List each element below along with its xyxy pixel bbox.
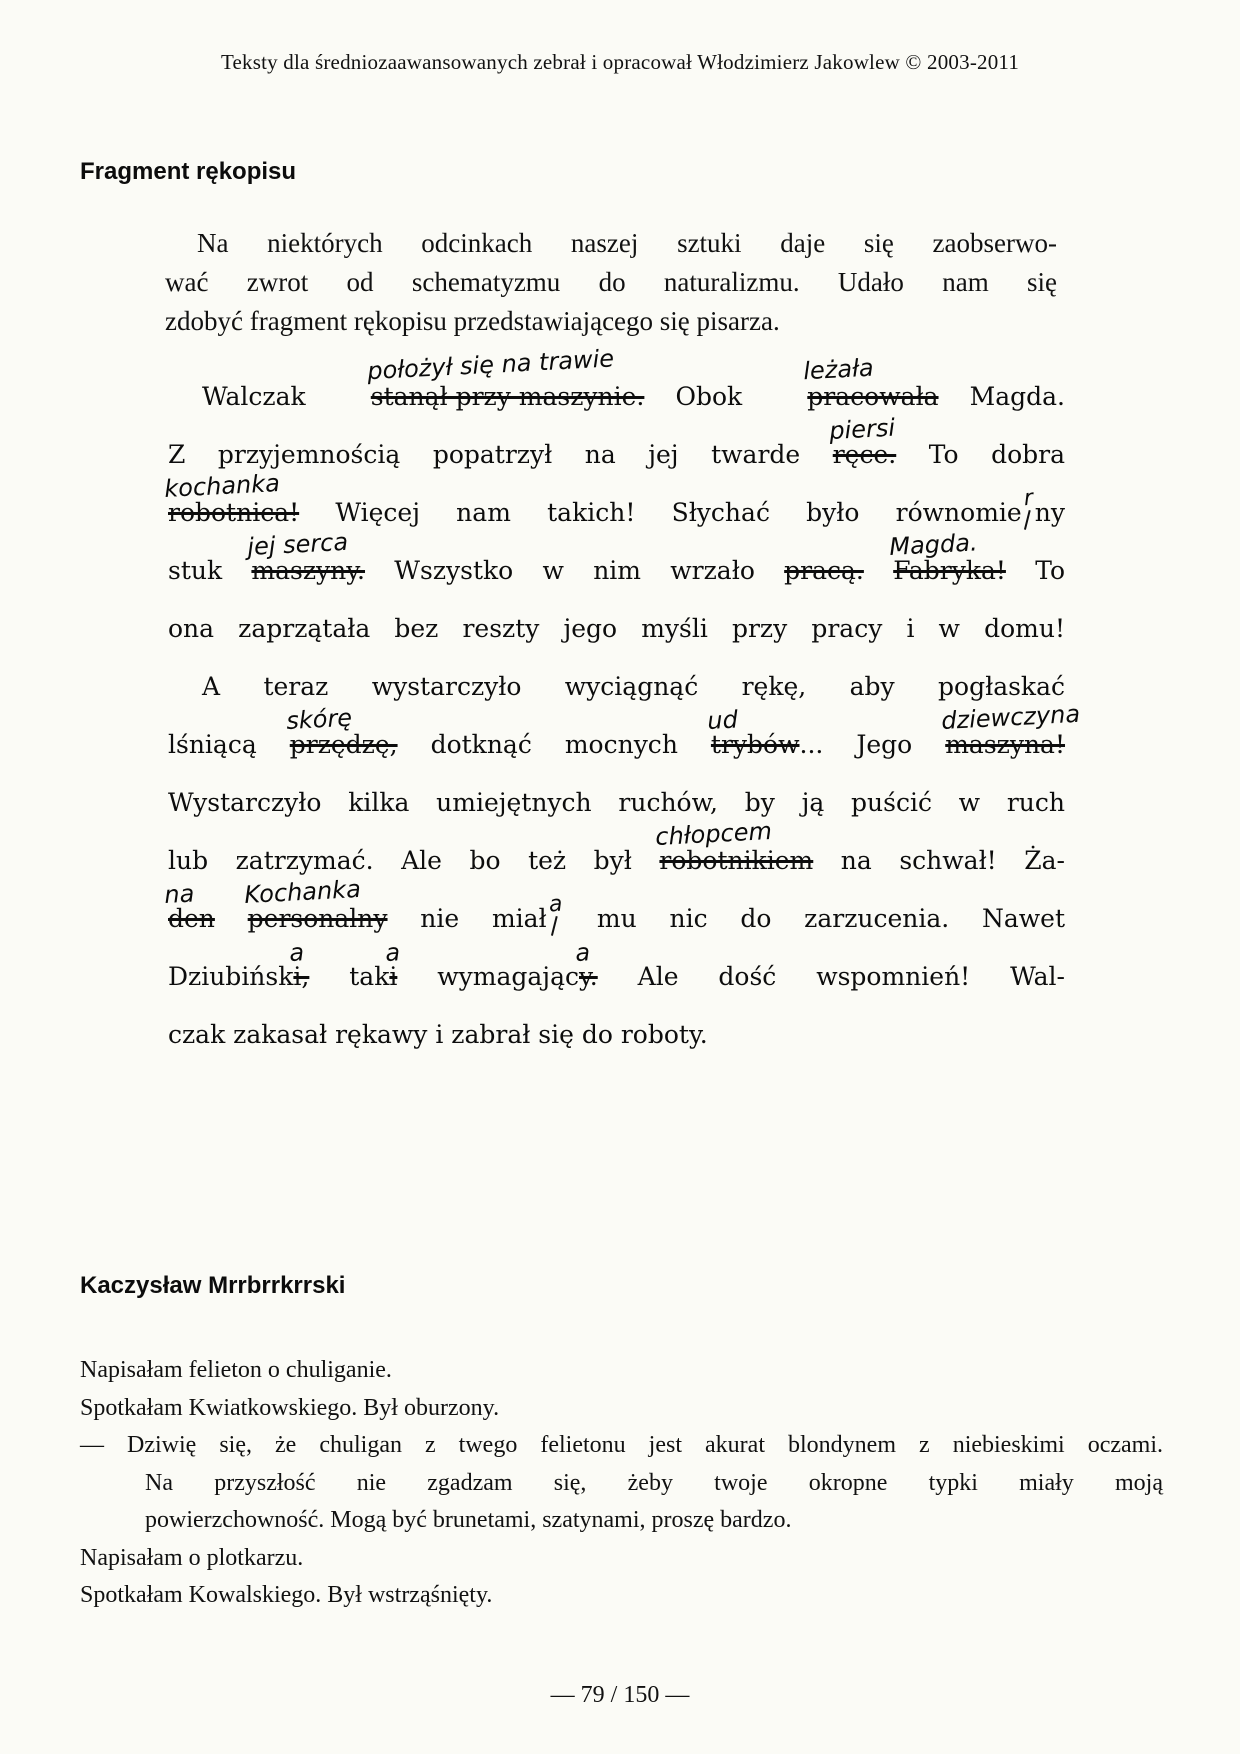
handwritten-insertion: a xyxy=(548,894,563,917)
text-line: — Dziwię się, że chuligan z twego feliet… xyxy=(80,1427,1163,1465)
printed-text: nie miał xyxy=(388,904,547,933)
handwritten-annotation: jej serca xyxy=(247,530,349,559)
printed-text: To xyxy=(1006,556,1065,585)
printed-text: lub zatrzymać. Ale bo też był xyxy=(168,846,659,875)
section-title-author: Kaczysław Mrrbrrkrrski xyxy=(80,1272,345,1300)
document-page: Teksty dla średniozaawansowanych zebrał … xyxy=(0,0,1240,1754)
struck-text: maszyna!dziewczyna xyxy=(945,731,1065,760)
struck-text: pracą. xyxy=(784,557,864,586)
struck-text: trybówud xyxy=(711,731,800,760)
manuscript-line: stuk maszyny.jej serca Wszystko w nim wr… xyxy=(168,542,1065,600)
struck-text: maszyny.jej serca xyxy=(251,557,365,586)
manuscript: Walczak stanął przy maszynie.położył się… xyxy=(168,368,1065,1064)
struck-text: Fabryka!Magda. xyxy=(893,557,1006,586)
running-header: Teksty dla średniozaawansowanych zebrał … xyxy=(0,50,1240,75)
handwritten-annotation: dziewczyna xyxy=(941,702,1081,733)
struck-text: y.a xyxy=(579,963,598,992)
manuscript-line: Walczak stanął przy maszynie.położył się… xyxy=(168,368,1065,426)
printed-text: To dobra xyxy=(896,440,1065,469)
struck-text: robotnica!kochanka xyxy=(168,499,299,528)
printed-text: Z przyjemnością popatrzył na jej twarde xyxy=(168,440,833,469)
struck-text: i,a xyxy=(293,963,309,992)
printed-text: Walczak xyxy=(202,382,337,411)
printed-text: na schwał! Ża- xyxy=(813,846,1065,875)
struck-text: robotnikiemchłopcem xyxy=(659,847,813,876)
handwritten-annotation: Kochanka xyxy=(243,877,361,907)
printed-text xyxy=(215,904,248,933)
text-line: powierzchowność. Mogą być brunetami, sza… xyxy=(80,1502,1163,1540)
intro-line: Na niektórych odcinkach naszej sztuki da… xyxy=(165,224,1057,263)
printed-text: Magda. xyxy=(939,382,1065,411)
printed-text: Obok xyxy=(644,382,773,411)
printed-text: wymagając xyxy=(397,962,579,991)
printed-text: dotknąć mocnych xyxy=(398,730,711,759)
printed-text: ona zaprzątała bez reszty jego myśli prz… xyxy=(168,614,1065,643)
printed-text: A teraz wystarczyło wyciągnąć rękę, aby … xyxy=(202,672,1065,701)
section-title-fragment-rekopisu: Fragment rękopisu xyxy=(80,158,296,186)
printed-text: tak xyxy=(309,962,389,991)
printed-text xyxy=(864,556,893,585)
handwritten-insertion: r xyxy=(1023,488,1034,511)
printed-text: Więcej nam takich! Słychać było równomie xyxy=(299,498,1022,527)
feuilleton-paragraph: Napisałam felieton o chuliganie. Spotkał… xyxy=(80,1352,1163,1615)
struck-text: przędzę,skórę xyxy=(290,731,398,760)
intro-line: wać zwrot od schematyzmu do naturalizmu.… xyxy=(165,263,1057,302)
intro-paragraph: Na niektórych odcinkach naszej sztuki da… xyxy=(165,224,1057,341)
printed-text: Wystarczyło kilka umiejętnych ruchów, by… xyxy=(168,788,1065,817)
printed-text: Dziubińsk xyxy=(168,962,293,991)
intro-line: zdobyć fragment rękopisu przedstawiające… xyxy=(165,302,1057,341)
manuscript-line: Wystarczyło kilka umiejętnych ruchów, by… xyxy=(168,774,1065,832)
text-line: Napisałam felieton o chuliganie. xyxy=(80,1352,1163,1390)
handwritten-annotation: położył się na trawie xyxy=(333,347,615,386)
manuscript-line: lśniącą przędzę,skórę dotknąć mocnych tr… xyxy=(168,716,1065,774)
handwritten-annotation: ud xyxy=(707,708,739,734)
manuscript-line: ona zaprzątała bez reszty jego myśli prz… xyxy=(168,600,1065,658)
printed-text: ... Jego xyxy=(800,730,946,759)
handwritten-annotation: a xyxy=(385,941,401,966)
handwritten-annotation: a xyxy=(575,941,591,966)
manuscript-line: czak zakasał rękawy i zabrał się do robo… xyxy=(168,1006,1065,1064)
manuscript-line: Dziubiński,a takia wymagający.a Ale dość… xyxy=(168,948,1065,1006)
handwritten-annotation: skórę xyxy=(285,706,352,733)
handwritten-annotation: Magda. xyxy=(889,531,978,560)
struck-text: denna xyxy=(168,905,215,934)
printed-text: mu nic do zarzucenia. Nawet xyxy=(564,904,1065,933)
printed-text: Ale dość wspomnień! Wal- xyxy=(598,962,1065,991)
manuscript-line: Z przyjemnością popatrzył na jej twarde … xyxy=(168,426,1065,484)
text-line: Napisałam o plotkarzu. xyxy=(80,1540,1163,1578)
struck-text: ręce.piersi xyxy=(833,441,897,470)
text-line: Spotkałam Kowalskiego. Był wstrząśnięty. xyxy=(80,1577,1163,1615)
printed-text: ny xyxy=(1035,498,1065,527)
struck-text: ia xyxy=(389,963,397,992)
handwritten-annotation: piersi xyxy=(828,416,895,443)
handwritten-annotation: leżała xyxy=(769,356,874,385)
struck-text: stanął przy maszynie.położył się na traw… xyxy=(337,383,645,412)
page-number: — 79 / 150 — xyxy=(0,1682,1240,1709)
handwritten-annotation: chłopcem xyxy=(655,819,773,849)
printed-text: czak zakasał rękawy i zabrał się do robo… xyxy=(168,1020,708,1049)
handwritten-annotation: kochanka xyxy=(164,471,281,501)
struck-text: pracowałależała xyxy=(773,383,938,412)
text-line: Spotkałam Kwiatkowskiego. Był oburzony. xyxy=(80,1390,1163,1428)
printed-text: lśniącą xyxy=(168,730,290,759)
handwritten-annotation: na xyxy=(164,882,195,908)
text-line: Na przyszłość nie zgadzam się, żeby twoj… xyxy=(80,1465,1163,1503)
handwritten-annotation: a xyxy=(289,941,305,966)
struck-text: personalnyKochanka xyxy=(248,905,388,934)
printed-text: stuk xyxy=(168,556,251,585)
printed-text: Wszystko w nim wrzało xyxy=(365,556,784,585)
